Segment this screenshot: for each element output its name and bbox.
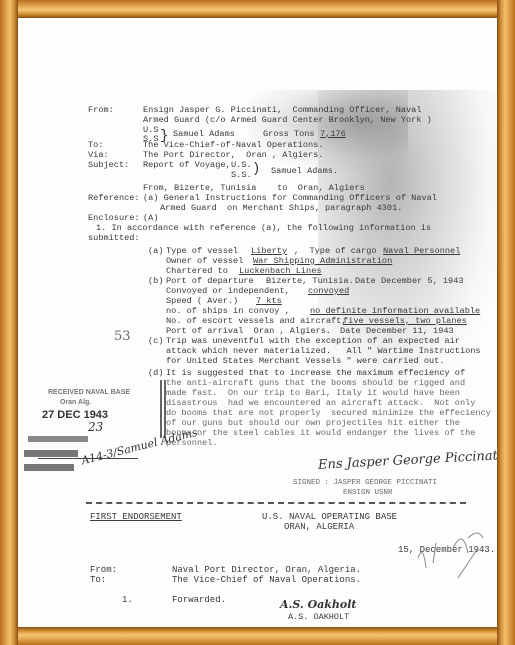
endorsement-item-number: 1. (122, 595, 133, 605)
frame-top (0, 0, 515, 18)
convoy-value: convoyed (308, 286, 349, 296)
endorsement-title: FIRST ENDORSEMENT (90, 512, 182, 522)
escort-label: No. of escort vessels and aircraft, (166, 316, 347, 326)
endorsement-to-value: The Vice-Chief of Naval Operations. (172, 575, 361, 585)
ships-value: no definite information available (310, 306, 480, 316)
item-c-line: Trip was uneventful with the exception o… (166, 336, 460, 346)
departure-value: Bizerte, Tunisia. (266, 276, 354, 286)
item-d-marker: (d) (148, 368, 163, 378)
reference-line-2: Armed Guard on Merchant Ships, paragraph… (160, 203, 402, 213)
departure-date: December 5, 1943 (381, 276, 464, 286)
stamp-date: 27 DEC 1943 (42, 410, 108, 420)
margin-note: 53 (114, 332, 131, 342)
arrival-label: Port of arrival Oran , Algiers. (166, 326, 331, 336)
margin-bar (160, 380, 162, 438)
departure-label: Port of departure (166, 276, 254, 286)
vessel-type-value: Liberty (251, 246, 287, 256)
endorsement-item-text: Forwarded. (172, 595, 226, 605)
frame-bottom (0, 627, 515, 645)
from-line-2: Armed Guard (c/o Armed Guard Center Broo… (143, 115, 432, 125)
subject-prefix-top: U.S. (231, 160, 252, 170)
to-value: The Vice-Chief-of-Naval Operations. (143, 140, 324, 150)
gross-tons-label: Gross Tons (263, 129, 315, 139)
subject-ship: Samuel Adams. (271, 166, 338, 176)
item-d-line: the anti-aircraft guns that the booms sh… (166, 378, 465, 388)
subject-label: Subject: (88, 160, 129, 170)
speed-value: 7 kts (256, 296, 282, 306)
from-line-1: Ensign Jasper G. Piccinati, Commanding O… (143, 105, 421, 115)
arrival-date-label: Date (340, 326, 361, 336)
endorsement-typed-name: A.S. OAKHOLT (288, 612, 349, 622)
item-d-line: made fast. On our trip to Bari, Italy it… (166, 388, 460, 398)
to-label: To: (88, 140, 103, 150)
item-d-line: do booms that are not properly secured m… (166, 408, 491, 418)
item-d-line: of our guns but should our own projectil… (166, 418, 460, 428)
cargo-label: , Type of cargo (294, 246, 377, 256)
departure-date-label: Date (355, 276, 376, 286)
document-page: From: Ensign Jasper G. Piccinati, Comman… (18, 18, 497, 627)
item-d-line: booms or the steel cables it would endan… (166, 428, 475, 438)
endorsement-from-label: From: (90, 565, 117, 575)
item-c-line: attack which never materialized. All " W… (166, 346, 481, 356)
handwritten-scribble (398, 518, 488, 598)
arrival-date: December 11, 1943 (366, 326, 454, 336)
item-d-line: It is suggested that to increase the max… (166, 368, 465, 378)
gross-tons-value: 7,176 (320, 129, 346, 139)
item-d-line: disastrous had we encountered an aircraf… (166, 398, 475, 408)
ship-name: Samuel Adams (173, 129, 235, 139)
subject-prefix-bottom: S.S. (231, 170, 252, 180)
reference-label: Reference: (88, 193, 140, 203)
route: From, Bizerte, Tunisia to Oran, Algiers (143, 183, 365, 193)
margin-bar (164, 380, 166, 438)
enclosure-value: (A) (143, 213, 158, 223)
chartered-label: Chartered to (166, 266, 228, 276)
from-label: From: (88, 105, 114, 115)
stamp-line-1: RECEIVED NAVAL BASE (48, 388, 130, 398)
para1-line-2: submitted: (88, 233, 140, 243)
convoy-label: Convoyed or independent, (166, 286, 290, 296)
endorsement-to-label: To: (90, 575, 106, 585)
chartered-value: Luckenbach Lines (239, 266, 322, 276)
handwritten-signature: Ens Jasper George Piccinati (318, 451, 497, 471)
speed-label: Speed ( Aver.) (166, 296, 238, 306)
base-line-1: U.S. NAVAL OPERATING BASE (262, 512, 397, 522)
stamp-line-2: Oran Alg. (60, 398, 91, 408)
base-line-2: ORAN, ALGERIA (284, 522, 354, 532)
frame-left (0, 0, 18, 645)
owner-label: Owner of vessel (166, 256, 243, 266)
signed-rank: ENSIGN USNR (343, 488, 393, 498)
cargo-value: Naval Personnel (383, 246, 460, 256)
enclosure-label: Enclosure: (88, 213, 140, 223)
item-c-marker: (c) (148, 336, 163, 346)
stamp-number: 23 (88, 422, 103, 432)
owner-value: War Shipping Administration (253, 256, 392, 266)
reference-line-1: (a) General Instructions for Commanding … (143, 193, 437, 203)
subject-value: Report of Voyage, (143, 160, 231, 170)
divider (86, 502, 466, 504)
frame-right (497, 0, 515, 645)
escort-value: five vessels, two planes (343, 316, 467, 326)
ships-label: no. of ships in convoy , (166, 306, 290, 316)
endorsement-signature: A.S. Oakholt (280, 600, 357, 610)
item-c-line: for United States Merchant Vessels " wer… (166, 356, 444, 366)
item-b-marker: (b) (148, 276, 163, 286)
endorsement-from-value: Naval Port Director, Oran, Algeria. (172, 565, 361, 575)
vessel-type-label: Type of vessel (166, 246, 238, 256)
via-label: Via: (88, 150, 109, 160)
item-a-marker: (a) (148, 246, 163, 256)
via-value: The Port Director, Oran , Algiers. (143, 150, 324, 160)
para1-line-1: 1. In accordance with reference (a), the… (96, 223, 431, 233)
signed-name: SIGNED : JASPER GEORGE PICCINATI (293, 478, 437, 488)
